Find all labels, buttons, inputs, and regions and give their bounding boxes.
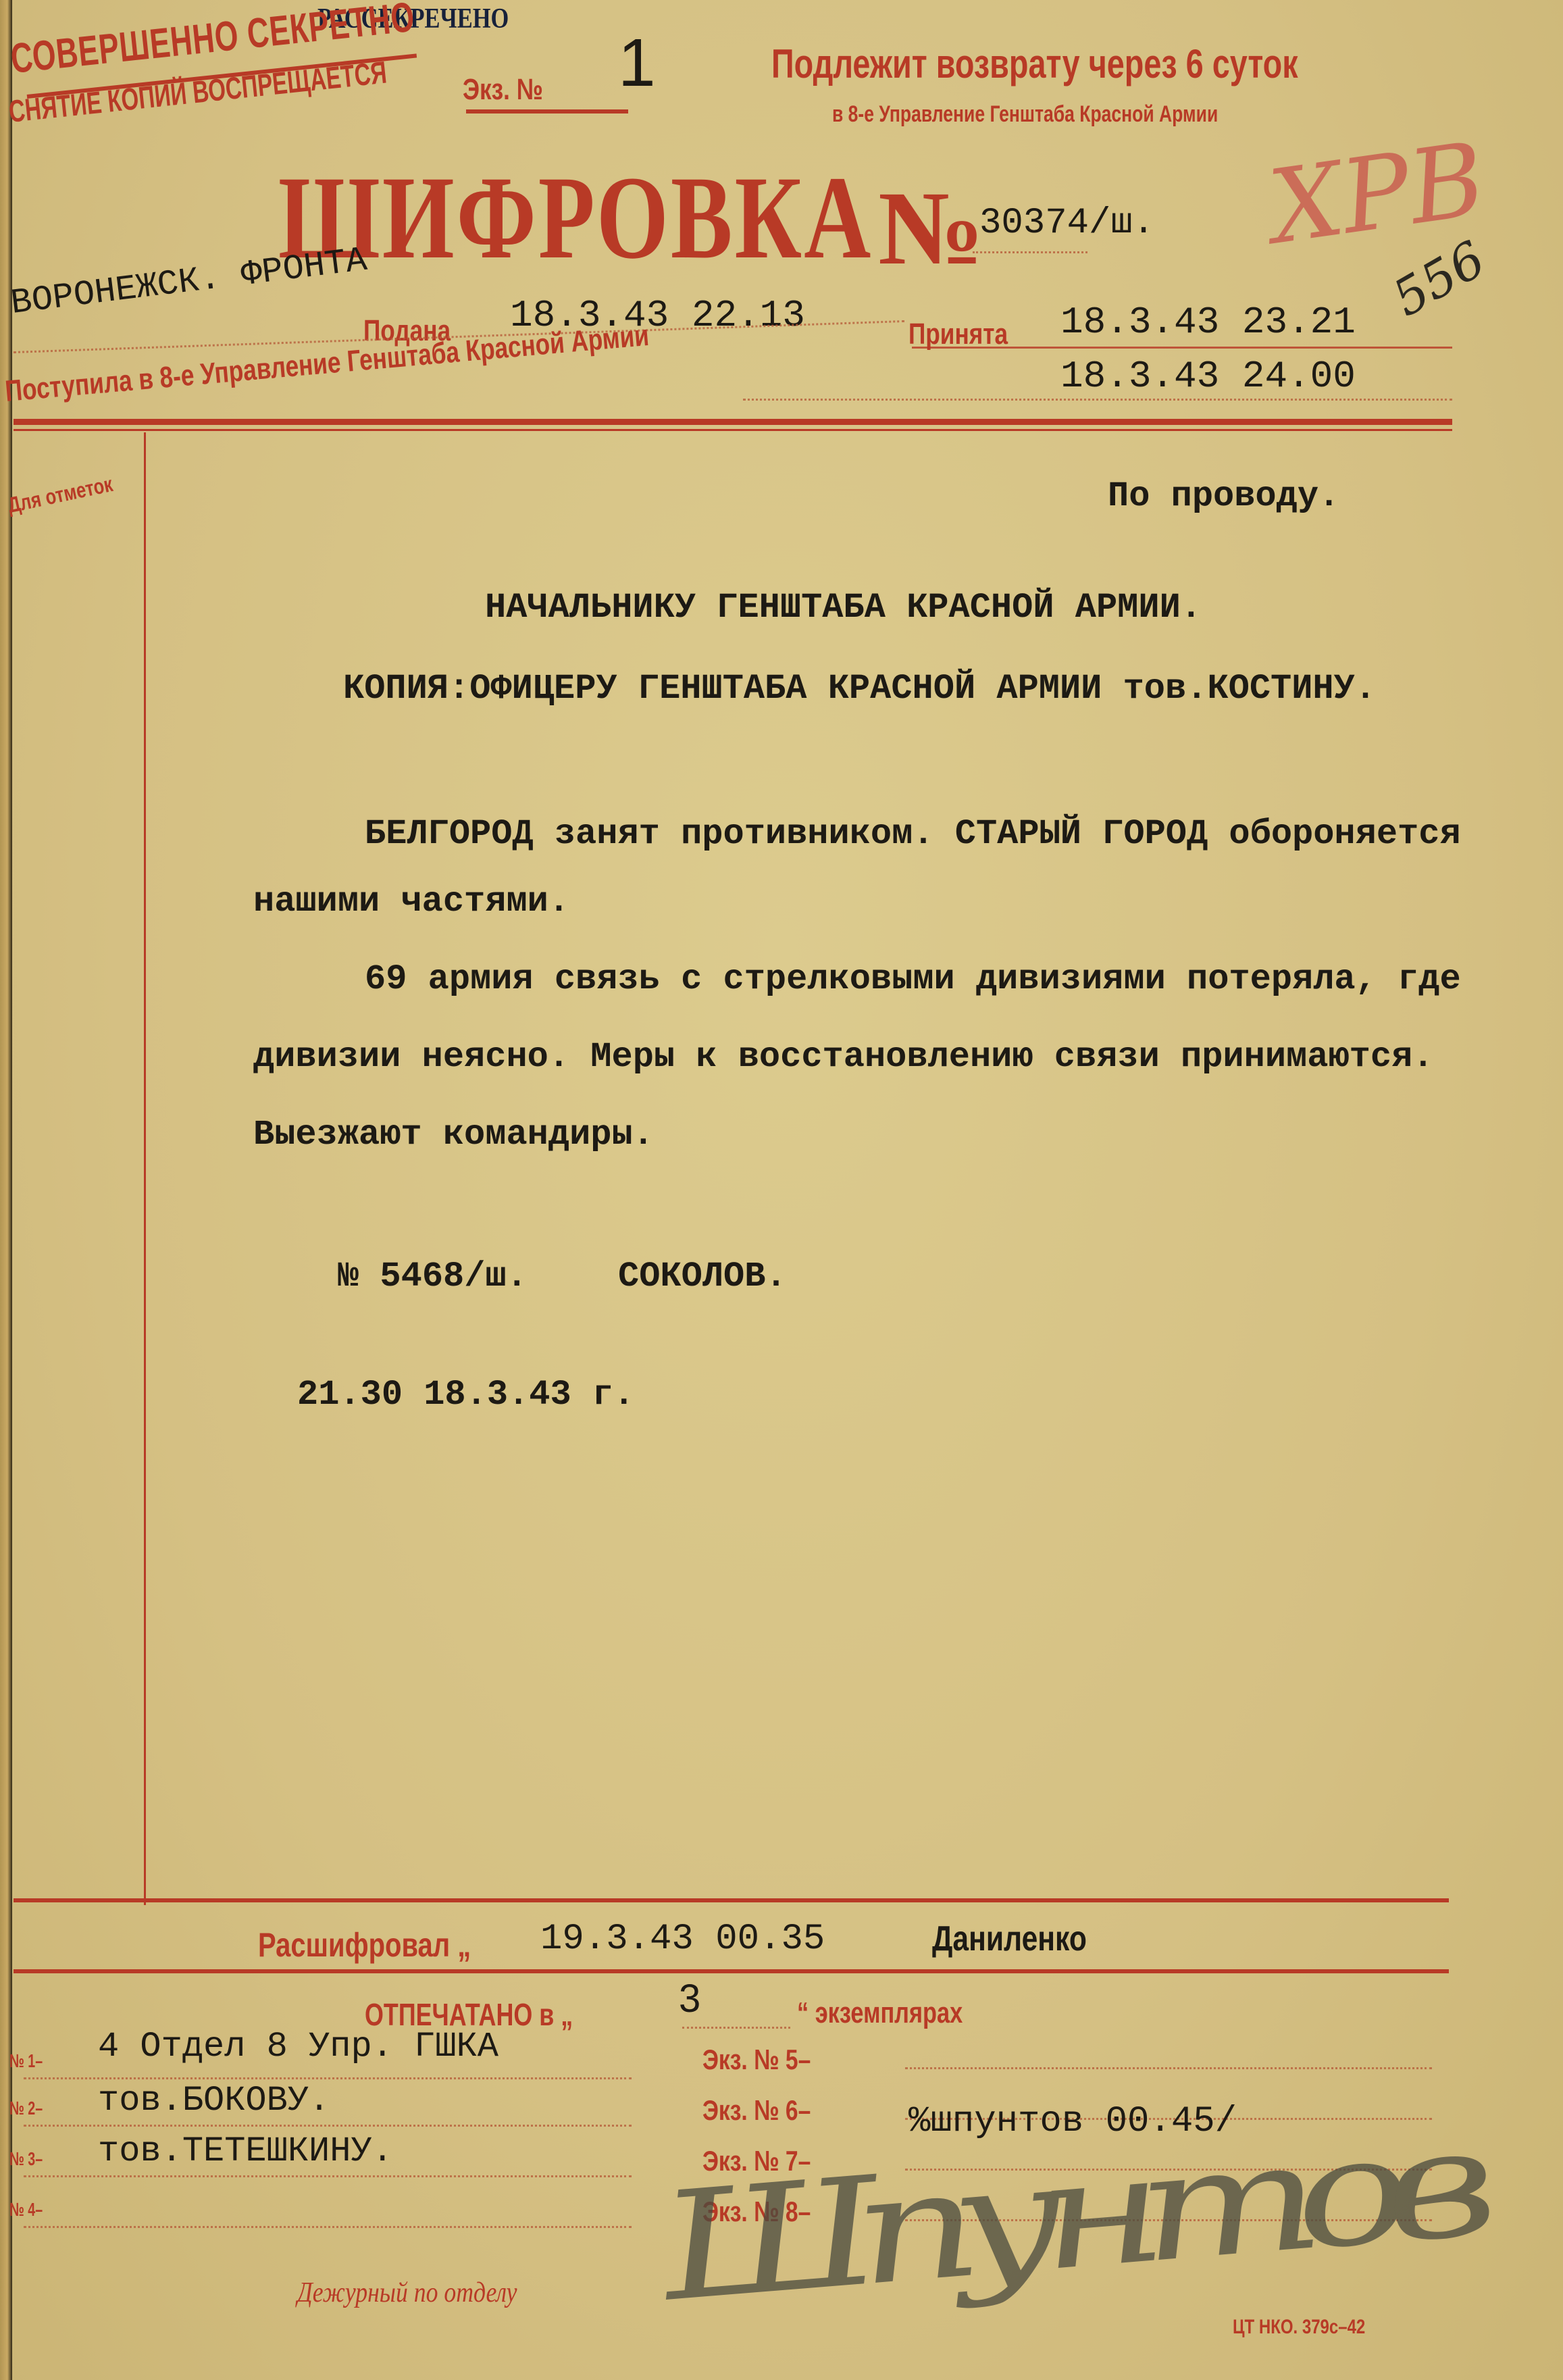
binding-edge	[0, 0, 12, 2380]
margin-notes-label: Для отметок	[5, 472, 115, 518]
distribution-number: № 2–	[9, 2098, 43, 2119]
decrypted-value: 19.3.43 00.35	[540, 1919, 825, 1960]
message-line: 69 армия связь с стрелковыми дивизиями п…	[365, 959, 1461, 999]
received-value: 18.3.43 23.21	[1060, 301, 1356, 344]
transmission-method: По проводу.	[1108, 476, 1339, 516]
printed-count: 3	[679, 1976, 700, 2021]
decrypted-label: Расшифровал „	[258, 1925, 471, 1965]
copy-to: КОПИЯ:ОФИЦЕРУ ГЕНШТАБА КРАСНОЙ АРМИИ тов…	[343, 669, 1376, 709]
footer-divider-bottom	[14, 1969, 1449, 1973]
distribution-rule	[24, 2125, 632, 2127]
cipher-number: 30374/ш.	[979, 203, 1154, 244]
form-code: ЦТ НКО. 379с–42	[1233, 2316, 1365, 2339]
origin-front: ВОРОНЕЖСК. ФРОНТА	[9, 240, 369, 324]
distribution-rule	[24, 2175, 632, 2177]
distribution-number: № 1–	[9, 2050, 43, 2072]
duty-officer-label: Дежурный по отделу	[297, 2277, 517, 2309]
header-divider	[14, 419, 1452, 425]
distribution-recipient: тов.ТЕТЕШКИНУ.	[98, 2131, 393, 2171]
arrived-value: 18.3.43 24.00	[1060, 355, 1356, 398]
arrived-label: Поступила в 8-е Управление Генштаба Крас…	[4, 319, 650, 409]
return-notice: Подлежит возврату через 6 суток	[771, 41, 1298, 87]
decrypted-by: Даниленко	[932, 1919, 1087, 1959]
number-sign: №	[878, 168, 984, 289]
copy-number-label: Экз. №	[463, 73, 543, 107]
message-line: дивизии неясно. Меры к восстановлению св…	[253, 1037, 1433, 1077]
signatory: СОКОЛОВ.	[618, 1257, 787, 1296]
printed-count-rule	[682, 2027, 790, 2029]
received-rule	[912, 347, 1452, 349]
return-destination: в 8-е Управление Генштаба Красной Армии	[832, 101, 1218, 128]
copy-number-rule	[466, 109, 628, 113]
distribution-recipient: 4 Отдел 8 Упр. ГШКА	[98, 2027, 498, 2067]
message-line: БЕЛГОРОД занят противником. СТАРЫЙ ГОРОД…	[365, 814, 1461, 854]
extra-copy-label: Экз. № 6–	[702, 2094, 811, 2127]
distribution-number: № 4–	[9, 2199, 43, 2221]
margin-divider	[144, 432, 146, 1905]
copy-number-value: 1	[618, 24, 656, 102]
message-line: Выезжают командиры.	[253, 1115, 654, 1155]
extra-copy-rule	[905, 2067, 1432, 2069]
arrived-rule	[743, 399, 1452, 401]
extra-copy-label: Экз. № 5–	[702, 2044, 811, 2076]
addressee: НАЧАЛЬНИКУ ГЕНШТАБА КРАСНОЙ АРМИИ.	[485, 588, 1202, 628]
distribution-number: № 3–	[9, 2148, 43, 2170]
footer-divider-top	[14, 1898, 1449, 1902]
message-reference: № 5468/ш.	[338, 1257, 528, 1296]
cipher-number-rule	[973, 251, 1087, 253]
document-page: РАССЕКРЕЧЕНО СОВЕРШЕННО СЕКРЕТНО СНЯТИЕ …	[0, 0, 1563, 2380]
printed-suffix: “ экземплярах	[797, 1996, 963, 2030]
duty-officer-signature: Шпунтов	[650, 2097, 1481, 2334]
distribution-recipient: тов.БОКОВУ.	[98, 2081, 330, 2121]
distribution-rule	[24, 2077, 632, 2079]
header-divider-thin	[14, 429, 1452, 431]
message-line: нашими частями.	[253, 882, 569, 921]
distribution-rule	[24, 2226, 632, 2228]
message-datetime: 21.30 18.3.43 г.	[297, 1375, 634, 1415]
